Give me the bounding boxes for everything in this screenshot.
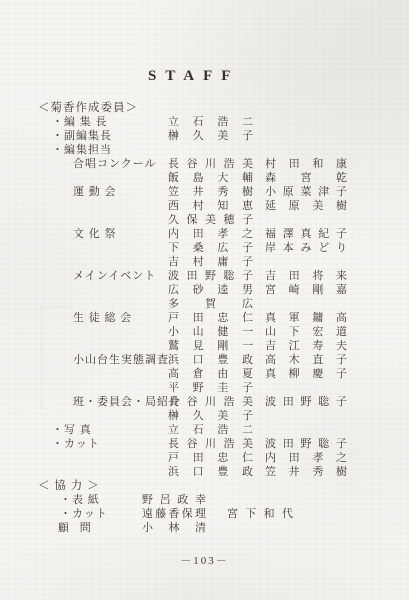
credit-name: 内田孝之 — [168, 227, 253, 241]
credit-row: 吉村庸子 — [0, 255, 409, 269]
credit-row: 広砂逵男宮崎剛嘉 — [0, 283, 409, 297]
credit-name: 戸田忠仁 — [168, 311, 253, 325]
credit-row: 高倉由夏真柳慶子 — [0, 367, 409, 381]
credit-name: 笠井秀樹 — [265, 465, 347, 479]
credits-list: ＜菊香作成委員＞・編 集 長立石浩二・副編集長榊久美子・編集担当合唱コンクール長… — [0, 101, 409, 535]
credit-row: 合唱コンクール長谷川浩美村田和康 — [0, 157, 409, 171]
credit-row: 下桑広子岸本みどり — [0, 241, 409, 255]
section-header-row: ＜ 協 力 ＞ — [0, 479, 409, 493]
credit-row: 西村知恵延原美樹 — [0, 199, 409, 213]
credit-row: ・写 真立石浩二 — [0, 423, 409, 437]
credit-name: 内田孝之 — [265, 451, 347, 465]
credit-label: ・編 集 長 — [52, 115, 108, 129]
credit-label: 運 動 会 — [73, 185, 117, 199]
credit-name: 真柳慶子 — [265, 367, 347, 381]
page-number: －103－ — [0, 552, 409, 568]
credit-row: 飯島大輔森宮乾 — [0, 171, 409, 185]
staff-title: STAFF — [148, 68, 239, 85]
credit-name: 立石浩二 — [168, 115, 253, 129]
credit-row: 多賀広 — [0, 297, 409, 311]
credit-name: 波田野聡子 — [168, 269, 253, 283]
credit-label: 小山台生実態調査 — [73, 353, 169, 367]
credit-row: ・編 集 長立石浩二 — [0, 115, 409, 129]
credit-name: 下桑広子 — [168, 241, 253, 255]
credit-name: 平野圭子 — [168, 381, 253, 395]
credit-row: 小山台生実態調査浜口豊政高木直子 — [0, 353, 409, 367]
credit-name: 宮崎剛嘉 — [265, 283, 347, 297]
credit-name: 山下宏道 — [265, 325, 347, 339]
credit-name: 鷲見剛一 — [168, 339, 253, 353]
credit-name: 遠藤香保理 — [142, 507, 206, 521]
credit-name: 森宮乾 — [265, 171, 347, 185]
credit-name: 西村知恵 — [168, 199, 253, 213]
credit-name: 浜口豊政 — [168, 353, 253, 367]
credit-name: 宮下和代 — [227, 507, 293, 521]
credit-label: 合唱コンクール — [73, 157, 157, 171]
credit-row: 文 化 祭内田孝之福澤真紀子 — [0, 227, 409, 241]
credit-row: 運 動 会笠井秀樹小原菜津子 — [0, 185, 409, 199]
credit-label: 班・委員会・局紹介 — [73, 395, 181, 409]
credit-label: ・カット — [60, 507, 108, 521]
credit-name: 戸田忠仁 — [168, 451, 253, 465]
credit-row: 浜口豊政笠井秀樹 — [0, 465, 409, 479]
credit-name: 広砂逵男 — [168, 283, 253, 297]
credit-name: 小原菜津子 — [265, 185, 347, 199]
credit-name: 波田野聡子 — [265, 395, 347, 409]
section-header: ＜ 協 力 ＞ — [38, 479, 100, 493]
credit-name: 多賀広 — [168, 297, 253, 311]
credit-label: ・写 真 — [52, 423, 92, 437]
credit-row: 小山健一山下宏道 — [0, 325, 409, 339]
credit-row: ・副編集長榊久美子 — [0, 129, 409, 143]
credit-name: 長谷川浩美 — [168, 157, 253, 171]
credit-name: 榊久美子 — [168, 129, 253, 143]
credit-name: 飯島大輔 — [168, 171, 253, 185]
credit-name: 延原美樹 — [265, 199, 347, 213]
credit-label: ・カット — [52, 437, 100, 451]
credit-row: ・カット長谷川浩美波田野聡子 — [0, 437, 409, 451]
credit-name: 村田和康 — [265, 157, 347, 171]
credit-row: 班・委員会・局紹介長谷川浩美波田野聡子 — [0, 395, 409, 409]
credit-label: 生 徒 総 会 — [73, 311, 132, 325]
scan-crease-horizontal — [41, 306, 73, 307]
credit-name: 真軍鏞高 — [265, 311, 347, 325]
credit-row: 顧 問小林清 — [0, 521, 409, 535]
section-header-row: ＜菊香作成委員＞ — [0, 101, 409, 115]
credit-label: ・編集担当 — [52, 143, 112, 157]
credit-row: 榊久美子 — [0, 409, 409, 423]
credit-name: 波田野聡子 — [265, 437, 347, 451]
credit-name: 小山健一 — [168, 325, 253, 339]
section-header: ＜菊香作成委員＞ — [38, 101, 138, 115]
scanned-page: STAFF ＜菊香作成委員＞・編 集 長立石浩二・副編集長榊久美子・編集担当合唱… — [0, 0, 409, 600]
credit-name: 笠井秀樹 — [168, 185, 253, 199]
credit-name: 吉村庸子 — [168, 255, 253, 269]
credit-row: 平野圭子 — [0, 381, 409, 395]
credit-name: 長谷川浩美 — [168, 437, 253, 451]
credit-name: 久保美穂子 — [168, 213, 253, 227]
credit-row: 生 徒 総 会戸田忠仁真軍鏞高 — [0, 311, 409, 325]
credit-label: ・表 紙 — [60, 493, 100, 507]
credit-label: メインイベント — [73, 269, 156, 283]
credit-row: ・カット遠藤香保理宮下和代 — [0, 507, 409, 521]
credit-name: 吉田将来 — [265, 269, 347, 283]
credit-name: 高倉由夏 — [168, 367, 253, 381]
credit-name: 岸本みどり — [265, 241, 347, 255]
credit-label: ・副編集長 — [52, 129, 112, 143]
credit-name: 高木直子 — [265, 353, 347, 367]
credit-name: 福澤真紀子 — [265, 227, 347, 241]
credit-row: ・表 紙野呂政幸 — [0, 493, 409, 507]
credit-label: 顧 問 — [58, 521, 95, 535]
credit-name: 浜口豊政 — [168, 465, 253, 479]
credit-name: 野呂政幸 — [142, 493, 206, 507]
credit-name: 小林清 — [142, 521, 206, 535]
credit-row: 久保美穂子 — [0, 213, 409, 227]
credit-name: 立石浩二 — [168, 423, 253, 437]
credit-name: 吉江寿夫 — [265, 339, 347, 353]
credit-row: 戸田忠仁内田孝之 — [0, 451, 409, 465]
credit-label: 文 化 祭 — [73, 227, 117, 241]
credit-name: 長谷川浩美 — [168, 395, 253, 409]
credit-row: ・編集担当 — [0, 143, 409, 157]
credit-row: メインイベント波田野聡子吉田将来 — [0, 269, 409, 283]
credit-name: 榊久美子 — [168, 409, 253, 423]
scan-crease-vertical — [41, 306, 42, 410]
credit-row: 鷲見剛一吉江寿夫 — [0, 339, 409, 353]
